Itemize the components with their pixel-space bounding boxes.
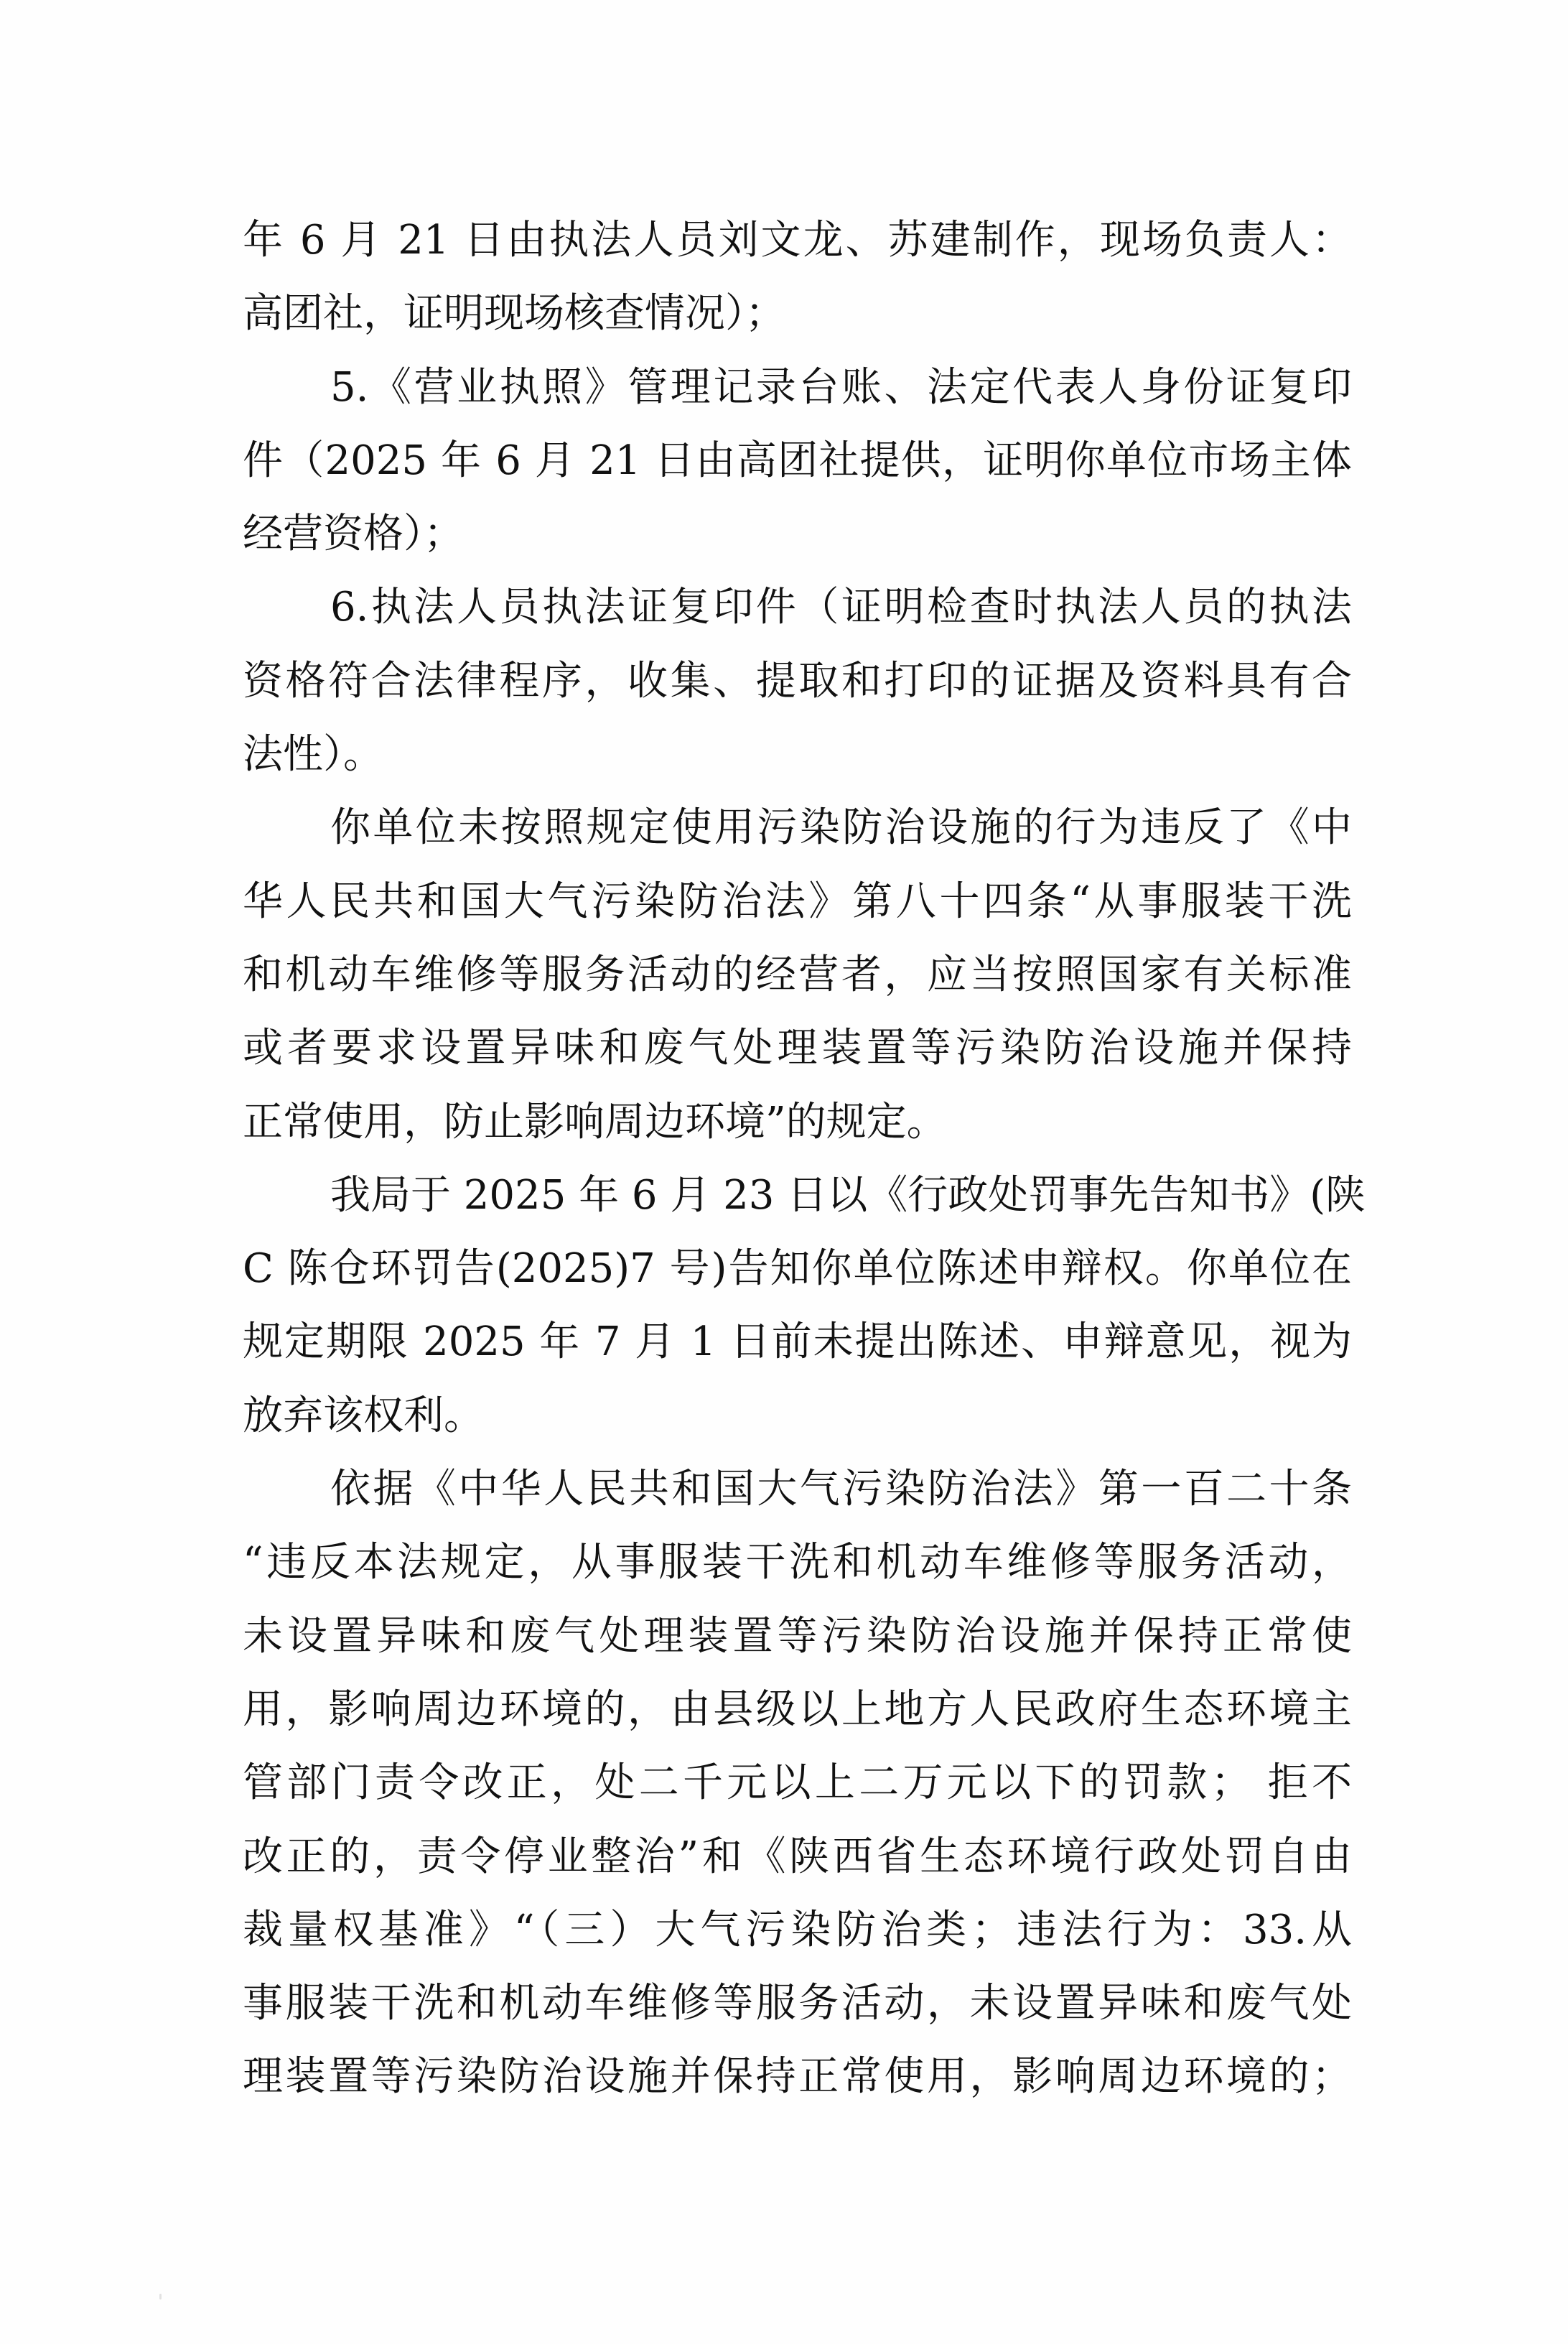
text-line: 高团社，证明现场核查情况）； — [243, 277, 1352, 350]
text-line: “违反本法规定，从事服装干洗和机动车维修等服务活动， — [243, 1526, 1352, 1599]
text-line: 未设置异味和废气处理装置等污染防治设施并保持正常使 — [243, 1600, 1352, 1673]
legal-basis-paragraph: 依据《中华人民共和国大气污染防治法》第一百二十条 — [243, 1453, 1352, 1526]
violation-paragraph: 你单位未按照规定使用污染防治设施的行为违反了《中 — [243, 791, 1352, 865]
text-line: 资格符合法律程序，收集、提取和打印的证据及资料具有合 — [243, 645, 1352, 718]
text-line: 理装置等污染防治设施并保持正常使用，影响周边环境的； — [243, 2040, 1352, 2113]
text-line: 改正的，责令停业整治”和《陕西省生态环境行政处罚自由 — [243, 1820, 1352, 1894]
evidence-item-5: 5.《营业执照》管理记录台账、法定代表人身份证复印 — [243, 351, 1352, 424]
text-line: 法性）。 — [243, 718, 1352, 791]
text-line: 或者要求设置异味和废气处理装置等污染防治设施并保持 — [243, 1012, 1352, 1085]
text-line: 管部门责令改正，处二千元以上二万元以下的罚款； 拒不 — [243, 1747, 1352, 1820]
text-line: 用，影响周边环境的，由县级以上地方人民政府生态环境主 — [243, 1673, 1352, 1747]
document-body: 年 6 月 21 日由执法人员刘文龙、苏建制作，现场负责人： 高团社，证明现场核… — [243, 204, 1352, 2114]
text-line: 放弃该权利。 — [243, 1380, 1352, 1453]
notice-paragraph: 我局于 2025 年 6 月 23 日以《行政处罚事先告知书》(陕 — [243, 1159, 1352, 1232]
text-line: C 陈仓环罚告(2025)7 号)告知你单位陈述申辩权。你单位在 — [243, 1232, 1352, 1306]
text-line: 裁量权基准》“（三）大气污染防治类；违法行为：33.从 — [243, 1894, 1352, 1967]
text-line: 正常使用，防止影响周边环境”的规定。 — [243, 1086, 1352, 1159]
text-line: 事服装干洗和机动车维修等服务活动，未设置异味和废气处 — [243, 1967, 1352, 2040]
text-line: 华人民共和国大气污染防治法》第八十四条“从事服装干洗 — [243, 865, 1352, 939]
text-line: 件（2025 年 6 月 21 日由高团社提供，证明你单位市场主体 — [243, 424, 1352, 498]
text-line: 经营资格）； — [243, 498, 1352, 571]
text-line: 年 6 月 21 日由执法人员刘文龙、苏建制作，现场负责人： — [243, 204, 1352, 277]
text-line: 和机动车维修等服务活动的经营者，应当按照国家有关标准 — [243, 939, 1352, 1012]
evidence-item-6: 6.执法人员执法证复印件（证明检查时执法人员的执法 — [243, 571, 1352, 644]
document-page: 年 6 月 21 日由执法人员刘文龙、苏建制作，现场负责人： 高团社，证明现场核… — [0, 0, 1568, 2344]
text-line: 规定期限 2025 年 7 月 1 日前未提出陈述、申辩意见，视为 — [243, 1306, 1352, 1379]
scan-artifact — [159, 2294, 162, 2299]
